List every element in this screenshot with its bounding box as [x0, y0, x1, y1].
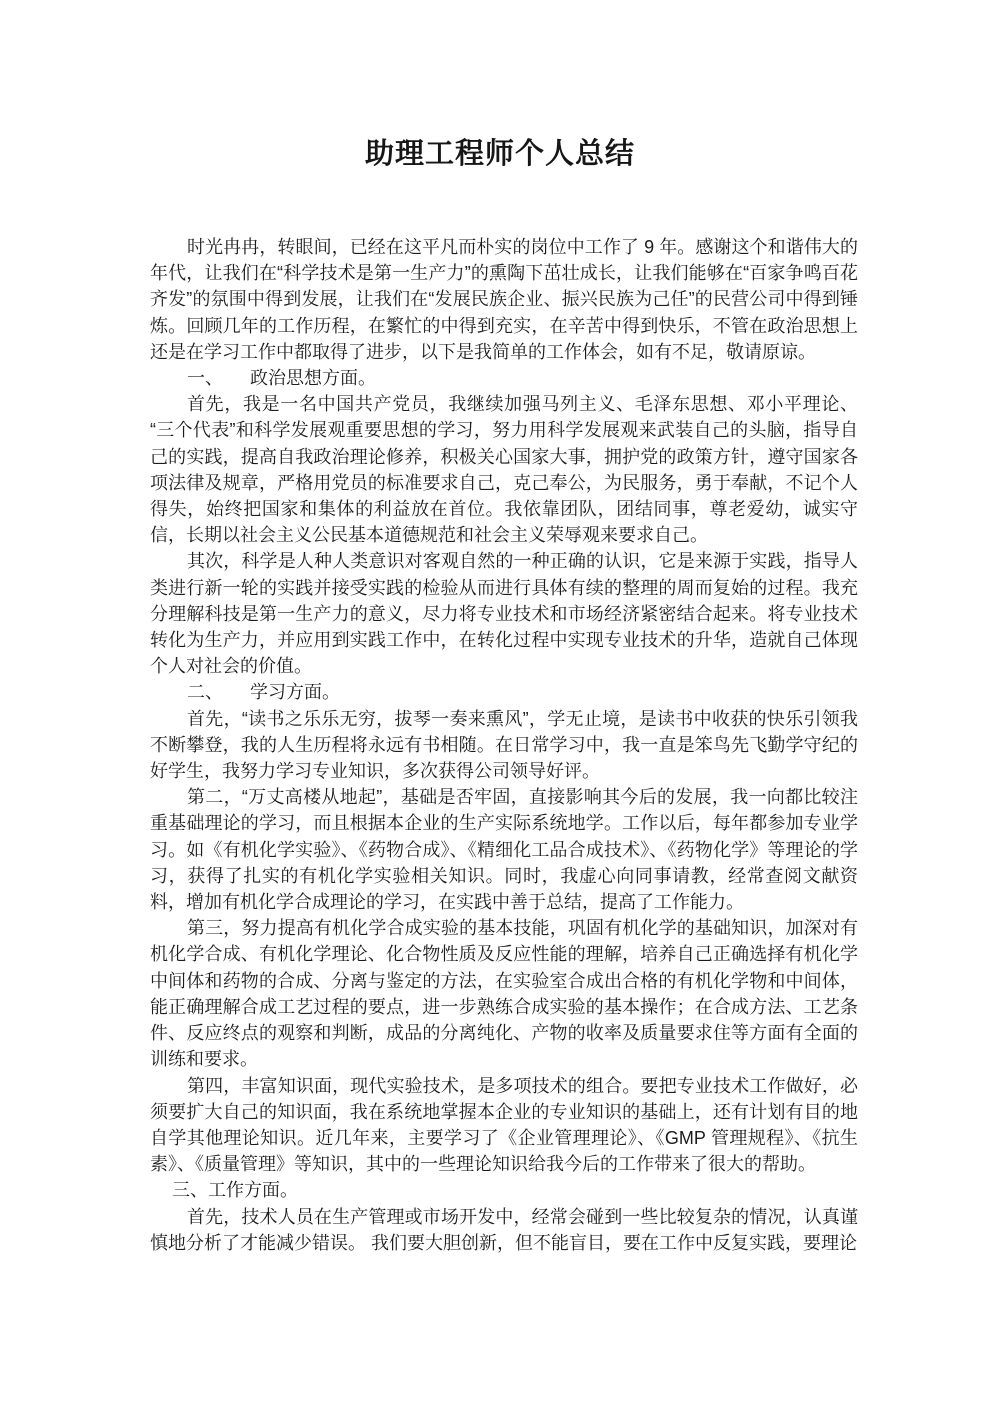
- paragraph-political-second: 其次，科学是人种人类意识对客观自然的一种正确的认识，它是来源于实践，指导人类进行…: [150, 548, 858, 679]
- paragraph-study-fourth: 第四，丰富知识面，现代实验技术，是多项技术的组合。要把专业技术工作做好，必须要扩…: [150, 1073, 858, 1178]
- paragraph-study-third: 第三，努力提高有机化学合成实验的基本技能，巩固有机化学的基础知识，加深对有机化学…: [150, 915, 858, 1072]
- paragraph-political-first: 首先，我是一名中国共产党员，我继续加强马列主义、毛泽东思想、邓小平理论、“三个代…: [150, 391, 858, 548]
- section-heading-study: 二、 学习方面。: [150, 679, 858, 705]
- document-body: 时光冉冉，转眼间，已经在这平凡而朴实的岗位中工作了 9 年。感谢这个和谐伟大的年…: [150, 234, 858, 1256]
- paragraph-work-first: 首先，技术人员在生产管理或市场开发中，经常会碰到一些比较复杂的情况，认真谨慎地分…: [150, 1204, 858, 1256]
- section-heading-political-thought: 一、 政治思想方面。: [150, 365, 858, 391]
- paragraph-study-second: 第二，“万丈高楼从地起”，基础是否牢固，直接影响其今后的发展，我一向都比较注重基…: [150, 784, 858, 915]
- section-heading-work: 三、工作方面。: [150, 1177, 858, 1203]
- paragraph-intro: 时光冉冉，转眼间，已经在这平凡而朴实的岗位中工作了 9 年。感谢这个和谐伟大的年…: [150, 234, 858, 365]
- document-title: 助理工程师个人总结: [0, 131, 1000, 172]
- document-page: 助理工程师个人总结 时光冉冉，转眼间，已经在这平凡而朴实的岗位中工作了 9 年。…: [0, 0, 1000, 1415]
- paragraph-study-first: 首先，“读书之乐乐无穷，拔琴一奏来熏风”，学无止境，是读书中收获的快乐引领我不断…: [150, 706, 858, 785]
